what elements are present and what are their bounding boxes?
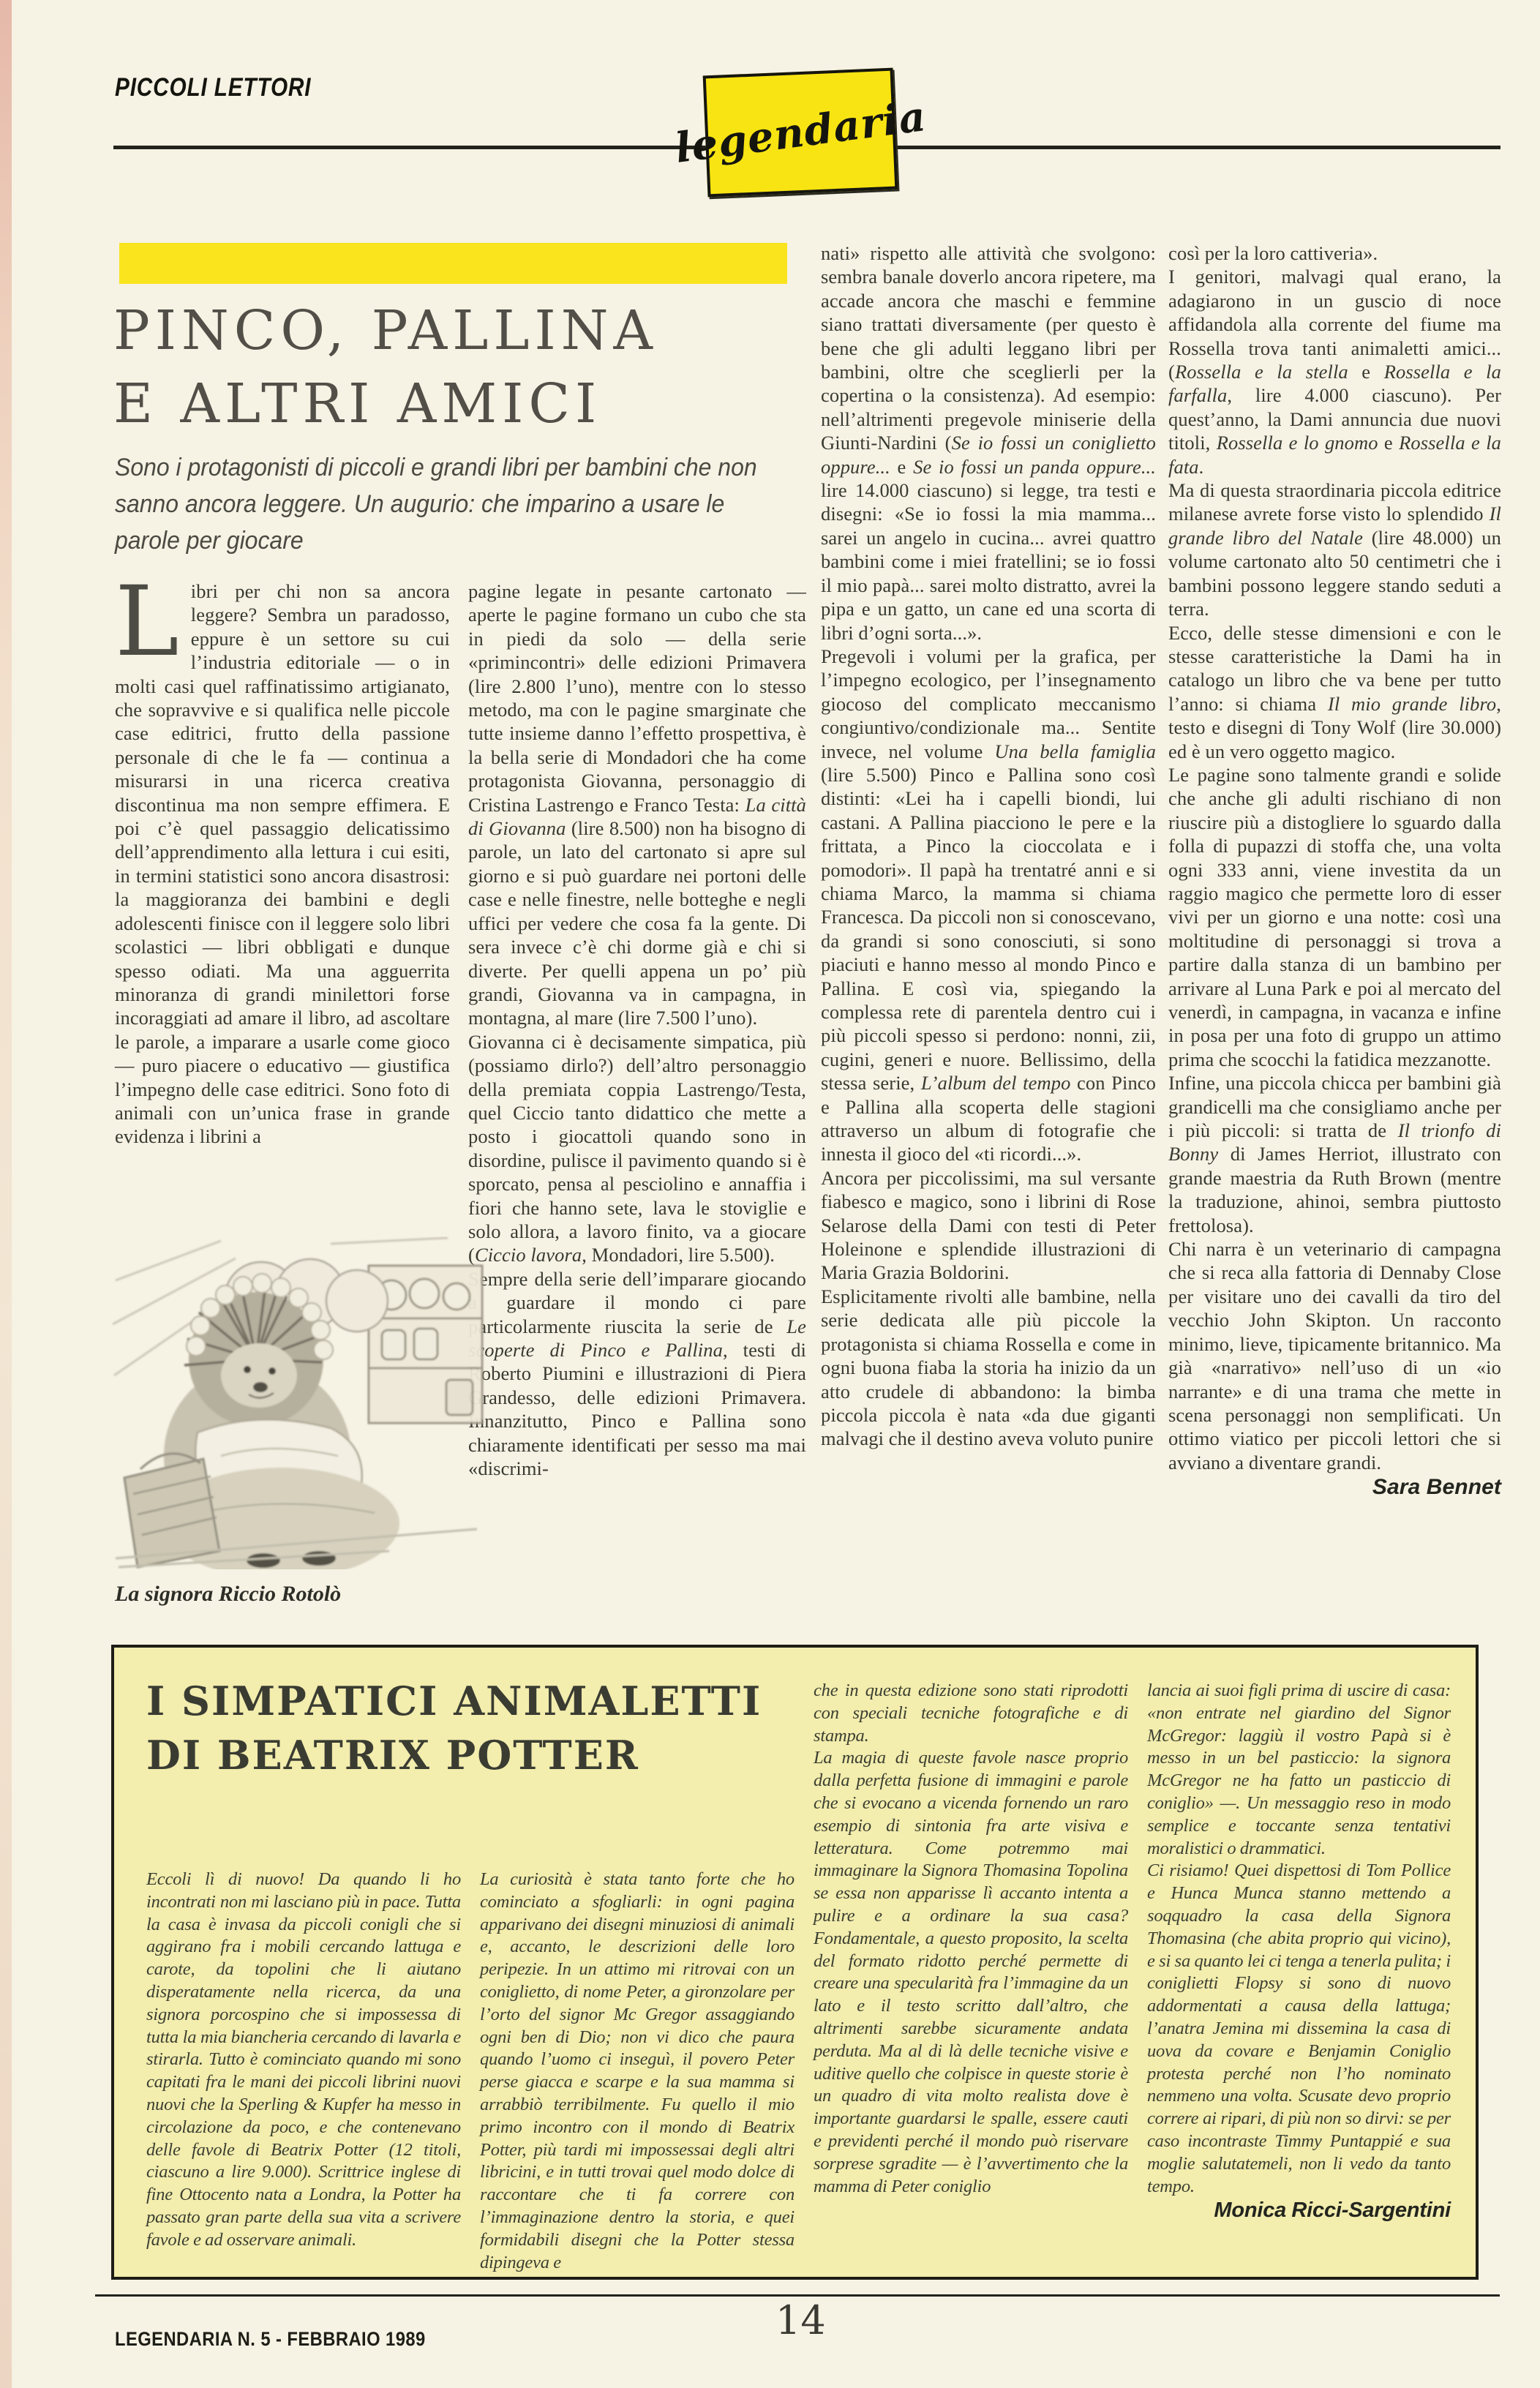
paragraph: Infine, una piccola chicca per bambini g… bbox=[1168, 1071, 1501, 1237]
paragraph: Ci risiamo! Quei dispettosi di Tom Polli… bbox=[1147, 1860, 1451, 2198]
section-kicker: PICCOLI LETTORI bbox=[115, 73, 311, 102]
logo-text: legendaria bbox=[672, 92, 929, 173]
paragraph: lancia ai suoi figli prima di uscire di … bbox=[1147, 1680, 1451, 1860]
box-title-line-1: I SIMPATICI ANIMALETTI bbox=[146, 1674, 762, 1728]
paragraph: Le pagine sono talmente grandi e solide … bbox=[1168, 763, 1501, 1071]
box-byline: Monica Ricci-Sargentini bbox=[1147, 2199, 1451, 2222]
paragraph: I genitori, malvagi qual erano, la adagi… bbox=[1168, 265, 1501, 478]
paragraph: pagine legate in pesante cartonato — ape… bbox=[468, 579, 806, 1030]
box-column-2: La curiosità è stata tanto forte che ho … bbox=[480, 1869, 795, 2274]
title-highlight-bar bbox=[119, 243, 787, 284]
page-number: 14 bbox=[775, 2297, 826, 2343]
paragraph: La curiosità è stata tanto forte che ho … bbox=[480, 1869, 795, 2274]
article-byline: Sara Bennet bbox=[1168, 1476, 1501, 1499]
paragraph: Ecco, delle stesse dimensioni e con le s… bbox=[1168, 621, 1501, 763]
box-column-3: che in questa edizione sono stati riprod… bbox=[814, 1680, 1128, 2198]
box-title-line-2: DI BEATRIX POTTER bbox=[146, 1728, 762, 1782]
page-root: PICCOLI LETTORI legendaria PINCO, PALLIN… bbox=[0, 0, 1540, 2388]
box-column-4: lancia ai suoi figli prima di uscire di … bbox=[1147, 1680, 1451, 2222]
article-title-line-2: E ALTRI AMICI bbox=[113, 367, 830, 440]
illustration-caption: La signora Riccio Rotolò bbox=[115, 1582, 495, 1607]
paragraph: Libri per chi non sa ancora leggere? Sem… bbox=[115, 579, 450, 1149]
paragraph: Ancora per piccolissimi, ma sul versante… bbox=[821, 1166, 1156, 1285]
drop-cap: L bbox=[115, 579, 191, 660]
article-title: PINCO, PALLINA E ALTRI AMICI bbox=[113, 294, 830, 440]
box-column-1: Eccoli lì di nuovo! Da quando li ho inco… bbox=[146, 1869, 461, 2252]
hedgehog-illustration bbox=[111, 1236, 486, 1569]
footer-issue: LEGENDARIA N. 5 - FEBBRAIO 1989 bbox=[115, 2328, 426, 2351]
paragraph: così per la loro cattiveria». bbox=[1168, 241, 1501, 265]
magazine-logo: legendaria bbox=[703, 68, 898, 198]
paragraph: Eccoli lì di nuovo! Da quando li ho inco… bbox=[146, 1869, 461, 2252]
paragraph: Ma di questa straordinaria piccola editr… bbox=[1168, 478, 1501, 620]
paragraph: Esplicitamente rivolti alle bambine, nel… bbox=[821, 1285, 1156, 1451]
paragraph: Pregevoli i volumi per la grafica, per l… bbox=[821, 645, 1156, 1166]
scan-edge-artifact bbox=[0, 0, 12, 2388]
paragraph: Giovanna ci è decisamente simpatica, più… bbox=[468, 1030, 806, 1267]
footer-rule bbox=[95, 2294, 1500, 2297]
article-column-b: pagine legate in pesante cartonato — ape… bbox=[468, 579, 806, 1480]
paragraph: La magia di queste favole nasce proprio … bbox=[814, 1747, 1128, 2198]
box-title: I SIMPATICI ANIMALETTI DI BEATRIX POTTER bbox=[146, 1674, 762, 1782]
paragraph: Chi narra è un veterinario di campagna c… bbox=[1168, 1237, 1501, 1474]
box-column-4-paragraphs: lancia ai suoi figli prima di uscire di … bbox=[1147, 1680, 1451, 2198]
potter-box: I SIMPATICI ANIMALETTI DI BEATRIX POTTER… bbox=[111, 1645, 1479, 2280]
article-column-d: così per la loro cattiveria».I genitori,… bbox=[1168, 241, 1501, 1500]
article-column-c: nati» rispetto alle attività che svolgon… bbox=[821, 241, 1156, 1451]
standfirst: Sono i protagonisti di piccoli e grandi … bbox=[115, 449, 762, 559]
column-d-paragraphs: così per la loro cattiveria».I genitori,… bbox=[1168, 241, 1501, 1474]
article-column-a: Libri per chi non sa ancora leggere? Sem… bbox=[115, 579, 450, 1149]
article-title-line-1: PINCO, PALLINA bbox=[113, 294, 830, 367]
paragraph: che in questa edizione sono stati riprod… bbox=[814, 1680, 1128, 1747]
hedgehog-illustration-drawing bbox=[111, 1236, 486, 1569]
paragraph: Sempre della serie dell’imparare giocand… bbox=[468, 1267, 806, 1481]
paragraph: nati» rispetto alle attività che svolgon… bbox=[821, 241, 1156, 645]
